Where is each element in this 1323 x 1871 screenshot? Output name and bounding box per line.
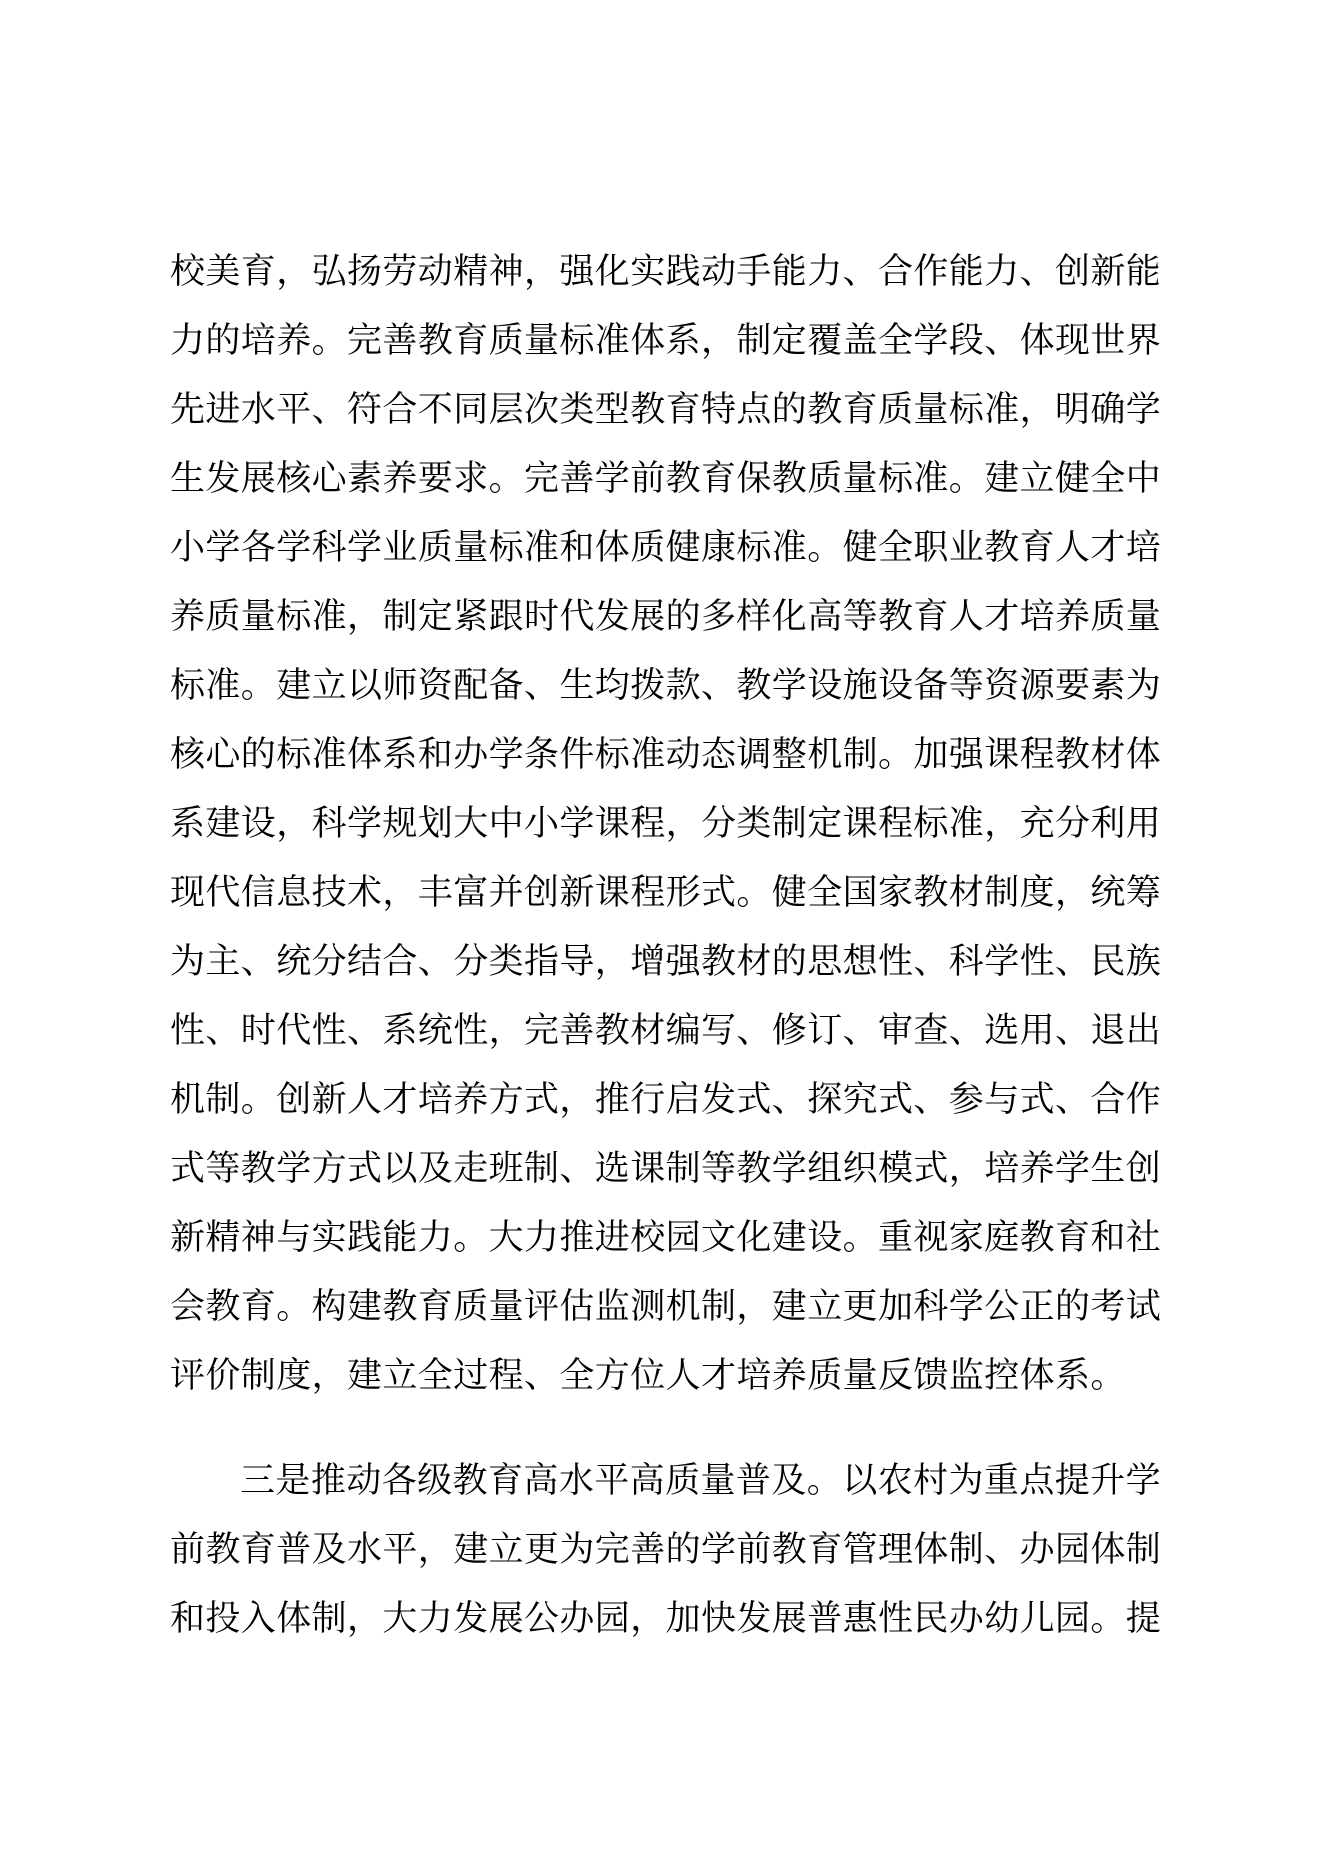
text-line: 前教育普及水平，建立更为完善的学前教育管理体制、办园体制 [170,1515,1161,1584]
text-line: 生发展核心素养要求。完善学前教育保教质量标准。建立健全中 [170,444,1161,513]
text-line: 现代信息技术，丰富并创新课程形式。健全国家教材制度，统筹 [170,858,1161,927]
text-line: 新精神与实践能力。大力推进校园文化建设。重视家庭教育和社 [170,1203,1161,1272]
text-line: 力的培养。完善教育质量标准体系，制定覆盖全学段、体现世界 [170,306,1161,375]
text-line: 会教育。构建教育质量评估监测机制，建立更加科学公正的考试 [170,1272,1161,1341]
paragraph: 校美育，弘扬劳动精神，强化实践动手能力、合作能力、创新能力的培养。完善教育质量标… [170,237,1161,1410]
document-page: 校美育，弘扬劳动精神，强化实践动手能力、合作能力、创新能力的培养。完善教育质量标… [0,0,1323,1871]
text-line: 养质量标准，制定紧跟时代发展的多样化高等教育人才培养质量 [170,582,1161,651]
text-line: 评价制度，建立全过程、全方位人才培养质量反馈监控体系。 [170,1341,1161,1410]
text-line: 三是推动各级教育高水平高质量普及。以农村为重点提升学 [170,1446,1161,1515]
text-line: 校美育，弘扬劳动精神，强化实践动手能力、合作能力、创新能 [170,237,1161,306]
text-line: 系建设，科学规划大中小学课程，分类制定课程标准，充分利用 [170,789,1161,858]
paragraph: 三是推动各级教育高水平高质量普及。以农村为重点提升学前教育普及水平，建立更为完善… [170,1446,1161,1653]
text-line: 机制。创新人才培养方式，推行启发式、探究式、参与式、合作 [170,1065,1161,1134]
text-block: 校美育，弘扬劳动精神，强化实践动手能力、合作能力、创新能力的培养。完善教育质量标… [170,237,1161,1653]
text-line: 为主、统分结合、分类指导，增强教材的思想性、科学性、民族 [170,927,1161,996]
text-line: 核心的标准体系和办学条件标准动态调整机制。加强课程教材体 [170,720,1161,789]
text-line: 式等教学方式以及走班制、选课制等教学组织模式，培养学生创 [170,1134,1161,1203]
text-line: 性、时代性、系统性，完善教材编写、修订、审查、选用、退出 [170,996,1161,1065]
text-line: 小学各学科学业质量标准和体质健康标准。健全职业教育人才培 [170,513,1161,582]
text-line: 标准。建立以师资配备、生均拨款、教学设施设备等资源要素为 [170,651,1161,720]
text-line: 先进水平、符合不同层次类型教育特点的教育质量标准，明确学 [170,375,1161,444]
text-line: 和投入体制，大力发展公办园，加快发展普惠性民办幼儿园。提 [170,1584,1161,1653]
